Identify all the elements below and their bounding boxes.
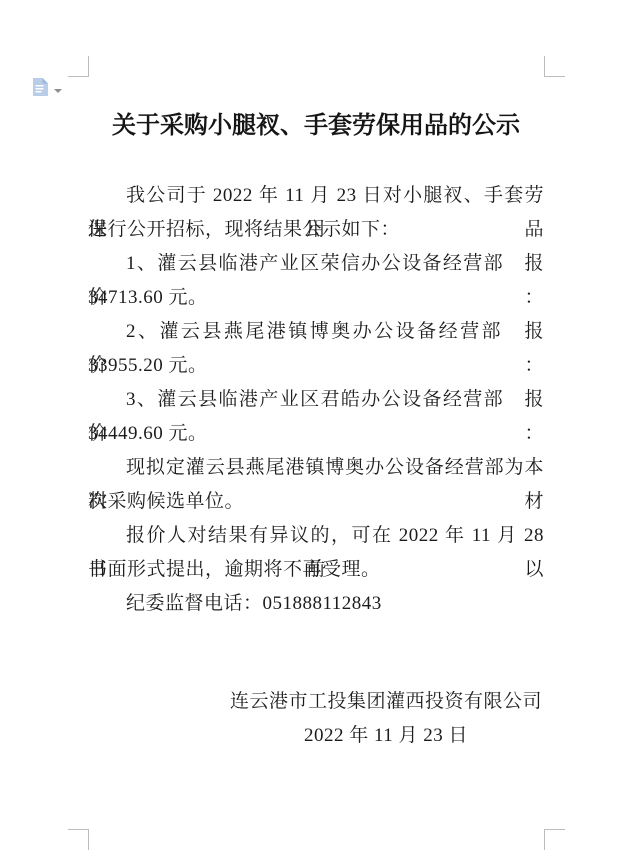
- signature-company: 连云港市工投集团灌西投资有限公司: [158, 685, 614, 719]
- body-line: 我公司于 2022 年 11 月 23 日对小腿衩、手套劳保用品: [88, 179, 544, 213]
- paragraph-supervision-phone: 纪委监督电话：051888112843: [88, 587, 544, 621]
- document-body: 我公司于 2022 年 11 月 23 日对小腿衩、手套劳保用品 进行公开招标，…: [88, 179, 544, 621]
- chevron-down-icon: [54, 89, 62, 93]
- signature-date: 2022 年 11 月 23 日: [158, 719, 614, 753]
- paragraph-bid-2: 2、灌云县燕尾港镇博奥办公设备经营部 报价： 33955.20 元。: [88, 315, 544, 383]
- body-line: 现拟定灌云县燕尾港镇博奥办公设备经营部为本次材: [88, 451, 544, 485]
- body-line: 1、灌云县临港产业区荣信办公设备经营部 报价：: [88, 247, 544, 281]
- word-document-page: 关于采购小腿衩、手套劳保用品的公示 我公司于 2022 年 11 月 23 日对…: [0, 0, 636, 860]
- body-line: 2、灌云县燕尾港镇博奥办公设备经营部 报价：: [88, 315, 544, 349]
- margin-crop-mark-top-right: [544, 56, 565, 77]
- margin-crop-mark-bottom-left: [68, 829, 89, 850]
- body-line: 纪委监督电话：051888112843: [88, 587, 544, 621]
- document-text-area: 关于采购小腿衩、手套劳保用品的公示 我公司于 2022 年 11 月 23 日对…: [88, 76, 544, 753]
- margin-crop-mark-top-left: [68, 56, 89, 77]
- body-line: 报价人对结果有异议的，可在 2022 年 11 月 28 日前以: [88, 519, 544, 553]
- paragraph-bid-1: 1、灌云县临港产业区荣信办公设备经营部 报价： 34713.60 元。: [88, 247, 544, 315]
- paste-clipboard-icon: [31, 77, 50, 102]
- paste-options-button[interactable]: [31, 77, 73, 102]
- paragraph-bid-3: 3、灌云县临港产业区君皓办公设备经营部 报价： 34449.60 元。: [88, 383, 544, 451]
- paragraph-winner: 现拟定灌云县燕尾港镇博奥办公设备经营部为本次材 料采购候选单位。: [88, 451, 544, 519]
- document-title: 关于采购小腿衩、手套劳保用品的公示: [88, 110, 544, 142]
- paragraph-objection: 报价人对结果有异议的，可在 2022 年 11 月 28 日前以 书面形式提出，…: [88, 519, 544, 587]
- body-line: 3、灌云县临港产业区君皓办公设备经营部 报价：: [88, 383, 544, 417]
- paragraph-intro: 我公司于 2022 年 11 月 23 日对小腿衩、手套劳保用品 进行公开招标，…: [88, 179, 544, 247]
- signature-block: 连云港市工投集团灌西投资有限公司 2022 年 11 月 23 日: [158, 685, 614, 753]
- margin-crop-mark-bottom-right: [544, 829, 565, 850]
